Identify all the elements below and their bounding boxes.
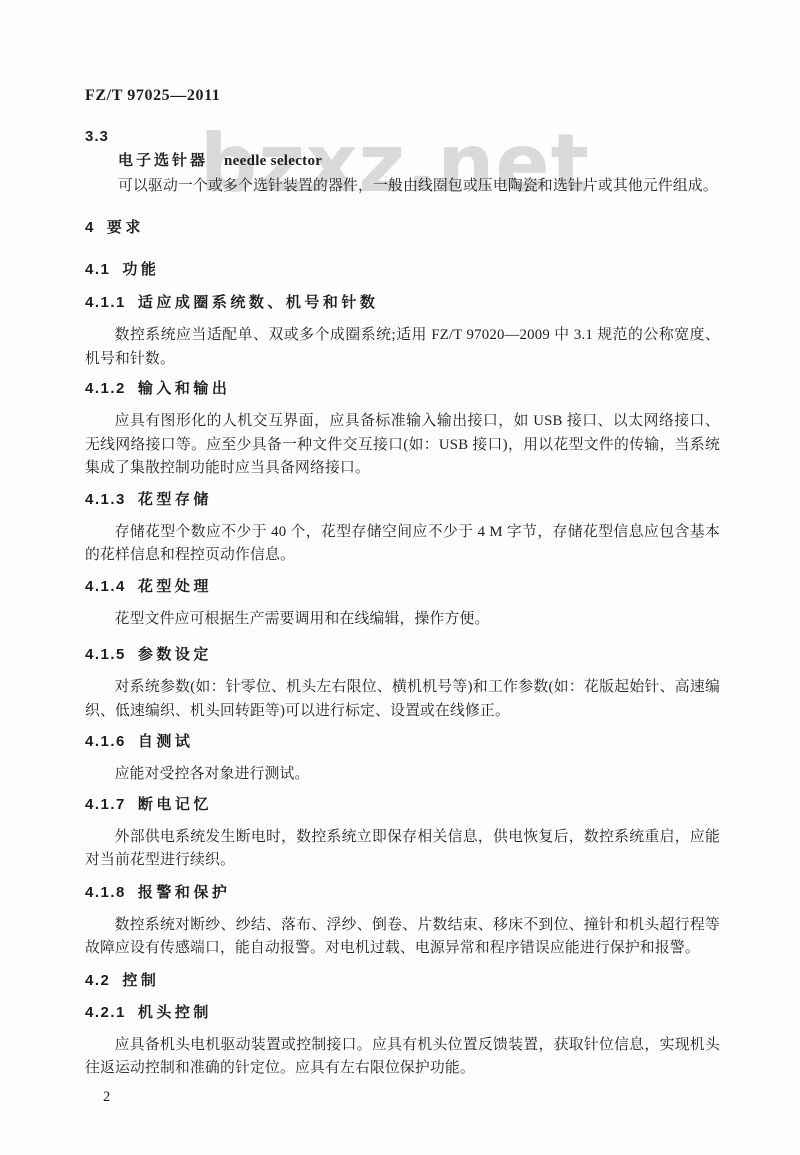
heading-4-1-8: 4.1.8报警和保护 [85, 883, 720, 902]
term-line: 电子选针器 needle selector [118, 151, 720, 171]
heading-4: 4要求 [85, 218, 720, 237]
heading-4-2-1: 4.2.1机头控制 [85, 1003, 720, 1022]
paragraph-4-1-7: 外部供电系统发生断电时，数控系统立即保存相关信息，供电恢复后，数控系统重启，应能… [85, 826, 720, 873]
heading-4-1-2-title: 输入和输出 [138, 380, 231, 397]
heading-4-1-4-number: 4.1.4 [85, 578, 126, 595]
heading-4-title: 要求 [107, 219, 144, 236]
term-clause-number: 3.3 [85, 127, 720, 146]
page-content: FZ/T 97025—2011 3.3 电子选针器 needle selecto… [0, 0, 800, 1107]
paragraph-4-1-3: 存储花型个数应不少于 40 个，花型存储空间应不少于 4 M 字节，存储花型信息… [85, 521, 720, 568]
heading-4-1-6-number: 4.1.6 [85, 733, 126, 750]
heading-4-1-3: 4.1.3花型存储 [85, 490, 720, 509]
heading-4-1-2-number: 4.1.2 [85, 380, 126, 397]
document-page: bzxz.net FZ/T 97025—2011 3.3 电子选针器 needl… [0, 0, 800, 1155]
heading-4-1-1: 4.1.1适应成圈系统数、机号和针数 [85, 293, 720, 312]
heading-4-2-1-number: 4.2.1 [85, 1004, 126, 1021]
heading-4-1-5-number: 4.1.5 [85, 646, 126, 663]
paragraph-4-1-8: 数控系统对断纱、纱结、落布、浮纱、倒卷、片数结束、移床不到位、撞针和机头超行程等… [85, 914, 720, 961]
heading-4-1-1-title: 适应成圈系统数、机号和针数 [138, 294, 379, 311]
paragraph-4-1-2: 应具有图形化的人机交互界面，应具备标准输入输出接口，如 USB 接口、以太网络接… [85, 410, 720, 481]
heading-4-2-1-title: 机头控制 [138, 1004, 212, 1021]
standard-number: FZ/T 97025—2011 [85, 86, 720, 105]
paragraph-4-1-4: 花型文件应可根据生产需要调用和在线编辑，操作方便。 [85, 608, 720, 632]
term-section: 3.3 电子选针器 needle selector 可以驱动一个或多个选针装置的… [85, 127, 720, 198]
heading-4-2-title: 控制 [122, 972, 159, 989]
paragraph-4-2-1: 应具备机头电机驱动装置或控制接口。应具有机头位置反馈装置，获取针位信息，实现机头… [85, 1034, 720, 1081]
heading-4-1-4-title: 花型处理 [138, 578, 212, 595]
heading-4-2: 4.2控制 [85, 971, 720, 990]
paragraph-4-1-1: 数控系统应当适配单、双或多个成圈系统;适用 FZ/T 97020—2009 中 … [85, 324, 720, 371]
heading-4-number: 4 [85, 219, 95, 236]
heading-4-1-2: 4.1.2输入和输出 [85, 379, 720, 398]
heading-4-1-3-title: 花型存储 [138, 491, 212, 508]
heading-4-1: 4.1功能 [85, 260, 720, 279]
term-name-zh: 电子选针器 [118, 152, 208, 169]
heading-4-1-6-title: 自测试 [138, 733, 194, 750]
heading-4-1-3-number: 4.1.3 [85, 491, 126, 508]
heading-4-1-6: 4.1.6自测试 [85, 732, 720, 751]
heading-4-1-7-title: 断电记忆 [138, 796, 212, 813]
heading-4-1-5-title: 参数设定 [138, 646, 212, 663]
heading-4-1-1-number: 4.1.1 [85, 294, 126, 311]
heading-4-1-8-title: 报警和保护 [138, 884, 231, 901]
heading-4-1-title: 功能 [122, 261, 159, 278]
heading-4-1-4: 4.1.4花型处理 [85, 577, 720, 596]
page-number: 2 [103, 1088, 720, 1107]
heading-4-1-8-number: 4.1.8 [85, 884, 126, 901]
heading-4-1-7: 4.1.7断电记忆 [85, 795, 720, 814]
heading-4-1-7-number: 4.1.7 [85, 796, 126, 813]
heading-4-2-number: 4.2 [85, 972, 110, 989]
term-name-en: needle selector [224, 153, 322, 169]
heading-4-1-5: 4.1.5参数设定 [85, 645, 720, 664]
term-definition: 可以驱动一个或多个选针装置的器件，一般由线圈包或压电陶瓷和选针片或其他元件组成。 [118, 175, 720, 198]
heading-4-1-number: 4.1 [85, 261, 110, 278]
paragraph-4-1-6: 应能对受控各对象进行测试。 [85, 763, 720, 787]
paragraph-4-1-5: 对系统参数(如：针零位、机头左右限位、横机机号等)和工作参数(如：花版起始针、高… [85, 676, 720, 723]
